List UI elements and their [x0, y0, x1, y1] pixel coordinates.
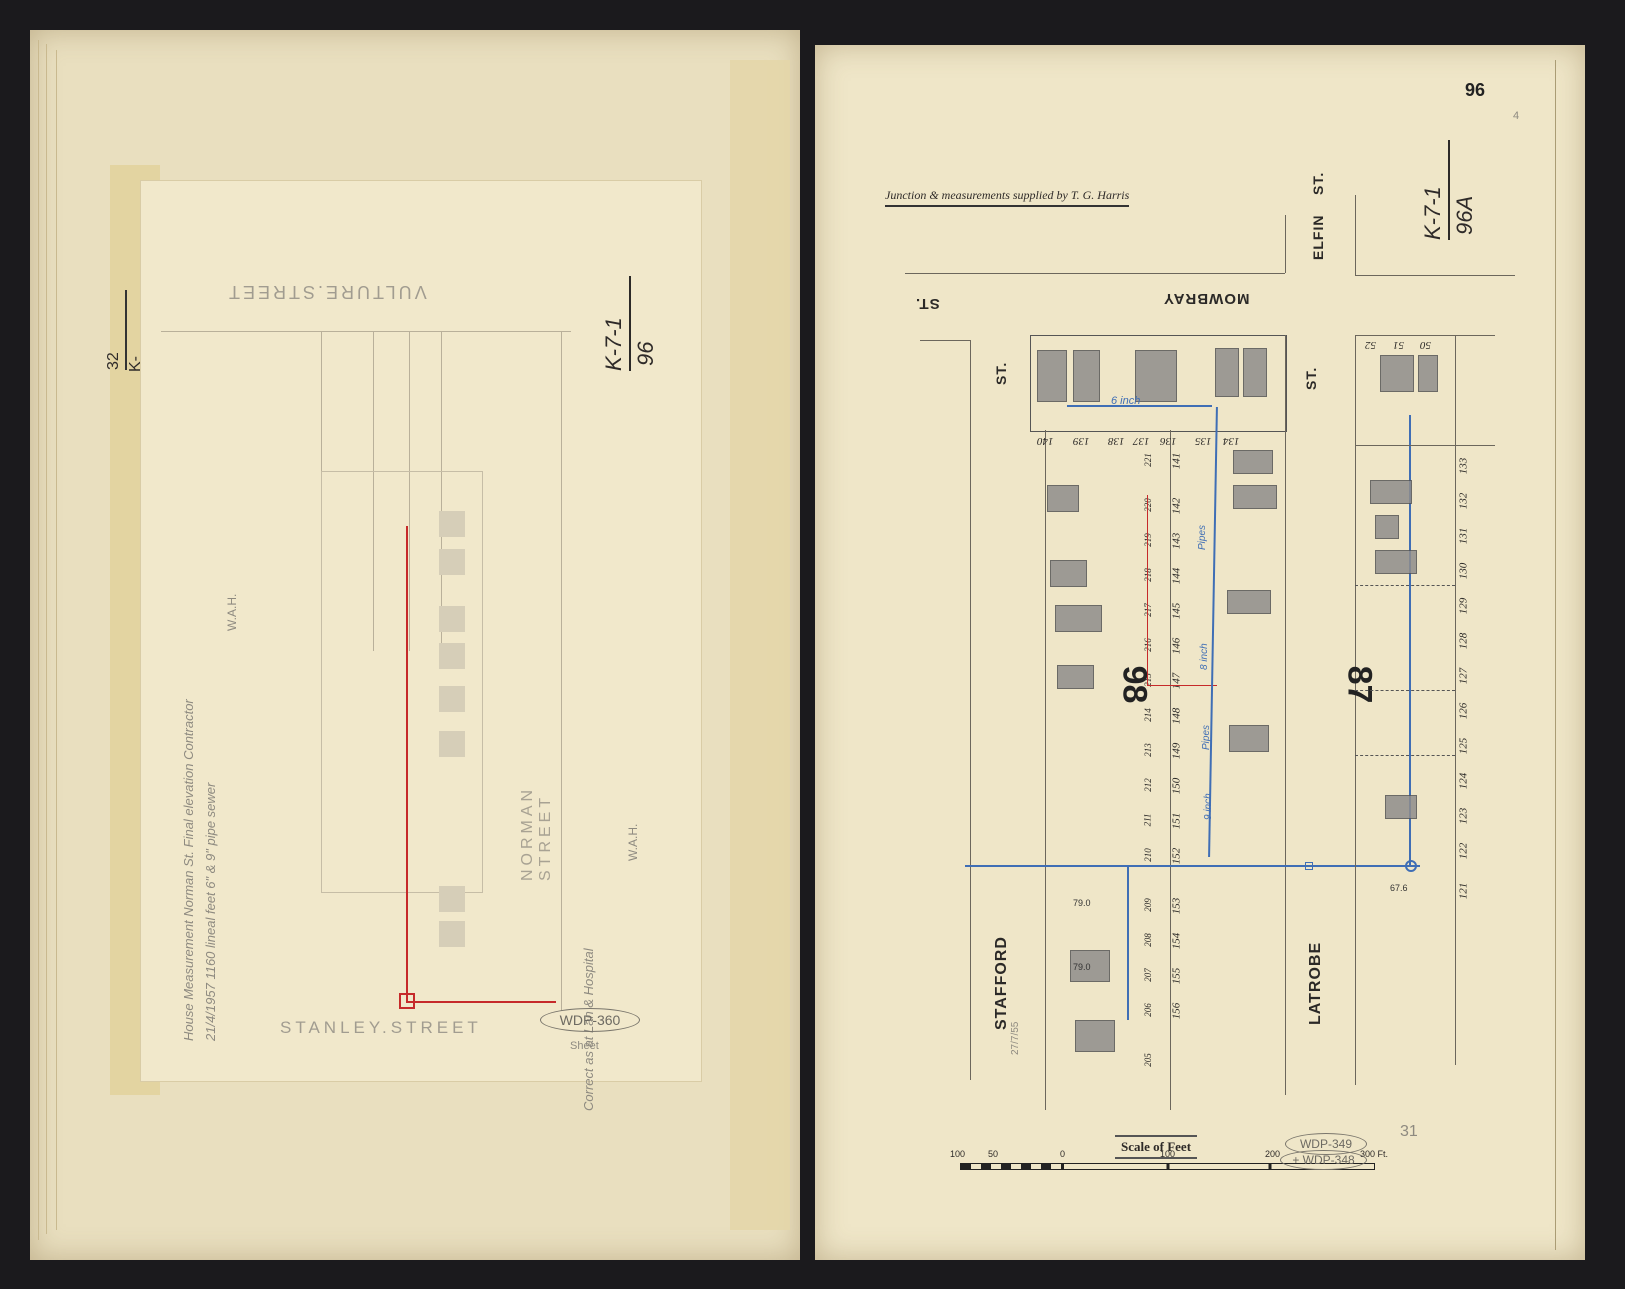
building [1233, 485, 1277, 509]
lot-column-b: 141 142 143 144 145 146 147 148 149 150 … [1170, 445, 1200, 1085]
page-mark: 4 [1513, 110, 1519, 122]
building [1037, 350, 1067, 402]
lot-number: 50 [1420, 339, 1431, 351]
lot-number: 209 [1143, 898, 1153, 912]
building [1075, 1020, 1115, 1052]
lot-number: 130 [1457, 563, 1469, 580]
lot-number: 134 [1223, 435, 1240, 447]
building [1229, 725, 1269, 752]
street-label-stanley: STANLEY.STREET [280, 1018, 482, 1038]
sewer-line [965, 865, 1420, 867]
map-ref-top: K-7-1 [601, 317, 627, 371]
page-stack-edge [56, 50, 57, 1230]
mowbray-label: MOWBRAY [1163, 290, 1249, 307]
lot-number: 213 [1143, 743, 1153, 757]
building [1047, 485, 1079, 512]
lot-number: 126 [1457, 703, 1469, 720]
manhole-icon [1405, 860, 1417, 872]
building [439, 549, 465, 575]
scale-tick: 0 [1060, 1149, 1065, 1159]
street-line [1355, 195, 1356, 275]
street-line [905, 273, 1285, 274]
lot-number: 156 [1170, 1003, 1182, 1020]
margin-note: House Measurement Norman St. Final eleva… [181, 441, 196, 1041]
sewer-line [406, 1001, 556, 1003]
street-label-stafford: STAFFORD [993, 936, 1011, 1030]
header-note: Junction & measurements supplied by T. G… [885, 188, 1129, 207]
street-line [970, 340, 971, 1080]
left-page: 32 K-1-1 VULTURE.STREET K-7-1 96 [30, 30, 800, 1260]
lot-line [1045, 430, 1046, 1110]
lot-number: 152 [1170, 848, 1182, 865]
junction-marker-icon [399, 993, 415, 1009]
lot-number: 150 [1170, 778, 1182, 795]
street-label-norman: NORMAN STREET [519, 699, 555, 881]
building [1418, 355, 1438, 392]
block-number: 87 [1339, 666, 1378, 704]
lot-number: 154 [1170, 933, 1182, 950]
sheet-note: Sheet [570, 1040, 599, 1052]
pasted-sewer-sheet: VULTURE.STREET K-7-1 96 House Measuremen… [140, 180, 702, 1082]
building [439, 511, 465, 537]
lot-number: 147 [1170, 673, 1182, 690]
lot-number: 211 [1142, 814, 1152, 827]
street-line [161, 331, 571, 332]
drawing-ref-oval: WDP-360 [540, 1008, 640, 1032]
initials: W.A.H. [225, 594, 239, 631]
lot-number: 52 [1365, 339, 1376, 351]
lot-number: 206 [1143, 1003, 1153, 1017]
lot-number: 139 [1073, 435, 1090, 447]
lot-number: 142 [1170, 498, 1182, 515]
sewer-line [1147, 495, 1148, 685]
lot-number: 210 [1143, 848, 1153, 862]
building [1370, 480, 1412, 504]
street-label-vulture: VULTURE.STREET [226, 281, 427, 302]
lot-number: 207 [1143, 968, 1153, 982]
lot-number: 138 [1108, 435, 1125, 447]
lot-number: 132 [1457, 493, 1469, 510]
divider [629, 276, 631, 371]
lot-dashed-line [1355, 755, 1455, 756]
lot-dashed-line [1355, 585, 1455, 586]
measurement: 67.6 [1390, 883, 1408, 893]
scale-tick: 50 [988, 1149, 998, 1159]
building [1227, 590, 1271, 614]
sewer-line [1208, 407, 1218, 857]
street-line [1355, 275, 1515, 276]
divider [1448, 140, 1450, 240]
map-ref-bottom: 96A [1452, 196, 1478, 235]
building [439, 731, 465, 757]
pipe-label: 8 inch [1199, 643, 1210, 670]
initials: W.A.H. [626, 824, 640, 861]
page-stack-edge [46, 44, 47, 1234]
building [1375, 515, 1399, 539]
block-edge [1355, 335, 1495, 336]
building [1135, 350, 1177, 402]
building [439, 921, 465, 947]
street-suffix-stafford: ST. [993, 362, 1009, 385]
lot-number: 143 [1170, 533, 1182, 550]
pencil-note: 31 [1400, 1123, 1418, 1141]
lot-number: 128 [1457, 633, 1469, 650]
street-suffix-latrobe: ST. [1303, 367, 1319, 390]
building [1215, 348, 1239, 397]
building [1073, 350, 1100, 402]
lot-number: 140 [1037, 435, 1054, 447]
lot-number: 131 [1457, 528, 1469, 545]
building [439, 686, 465, 712]
lot-number: 148 [1170, 708, 1182, 725]
building [1057, 665, 1094, 689]
building [439, 606, 465, 632]
lot-number: 125 [1457, 738, 1469, 755]
lot-number: 127 [1457, 668, 1469, 685]
building [439, 886, 465, 912]
map-ref-top: K-7-1 [1420, 186, 1446, 240]
right-page: 96 4 Junction & measurements supplied by… [815, 45, 1585, 1260]
lot-number: 221 [1143, 453, 1153, 467]
lot-number: 151 [1170, 813, 1182, 830]
street-label-mowbray: MOWBRAY [1163, 290, 1249, 307]
street-label-elfin: ELFIN [1310, 215, 1326, 260]
lot-number: 212 [1143, 778, 1153, 792]
block-edge [1285, 335, 1286, 1095]
lot-number: 208 [1143, 933, 1153, 947]
sewer-line [1127, 865, 1129, 1020]
lot-number: 205 [1143, 1053, 1153, 1067]
building [1055, 605, 1102, 632]
lot-column-c: 133 132 131 130 129 128 127 126 125 124 … [1455, 445, 1485, 1065]
st-label: ST. [915, 295, 940, 312]
right-note: Correct as at Lan & Hospital [581, 811, 596, 1111]
lot-dashed-line [1355, 690, 1455, 691]
pipe-label: 9 inch [1203, 793, 1214, 820]
lot-number: 124 [1457, 773, 1469, 790]
page-stack-edge [38, 40, 39, 1240]
map-ref: K-7-1 96 [601, 271, 661, 381]
pipe-label: 6 inch [1111, 395, 1140, 407]
lot-number: 141 [1170, 453, 1182, 470]
margin-note: 21/4/1957 1160 lineal feet 6" & 9" pipe … [203, 441, 218, 1041]
lot-column-a: 221 220 219 218 217 216 215 214 213 212 … [1145, 445, 1170, 1095]
manhole-icon [1305, 862, 1313, 870]
page-number: 96 [1465, 80, 1485, 101]
building [1380, 355, 1414, 392]
lot-number: 214 [1143, 708, 1153, 722]
lot-number: 51 [1393, 339, 1404, 351]
lot-number: 133 [1457, 458, 1469, 475]
street-suffix-mowbray: ST. [915, 295, 940, 312]
lot-number: 129 [1457, 598, 1469, 615]
building [1375, 550, 1417, 574]
building [439, 643, 465, 669]
building [1233, 450, 1273, 474]
lot-number: 155 [1170, 968, 1182, 985]
block-edge [1355, 335, 1356, 1085]
measurement: 79.0 [1073, 898, 1091, 908]
date-note: 27/7/55 [1010, 1022, 1021, 1055]
side-ref-label: 32 K-1-1 [105, 280, 145, 380]
street-label-latrobe: LATROBE [1307, 942, 1325, 1025]
side-ref-top: 32 [105, 352, 123, 370]
lot-number: 146 [1170, 638, 1182, 655]
lot-number: 145 [1170, 603, 1182, 620]
lot-number: 122 [1457, 843, 1469, 860]
scale-tick: 100 [1160, 1149, 1175, 1159]
lot-number: 123 [1457, 808, 1469, 825]
lot-number: 149 [1170, 743, 1182, 760]
building [1050, 560, 1087, 587]
page-stack-edge [1555, 60, 1556, 1250]
lot-line [561, 331, 562, 1011]
lot-number: 153 [1170, 898, 1182, 915]
map-ref: K-7-1 96A [1420, 140, 1480, 250]
measurement: 79.0 [1073, 962, 1091, 972]
lot-number: 144 [1170, 568, 1182, 585]
building [1243, 348, 1267, 397]
tape-strip [730, 60, 790, 1230]
scale-checker [960, 1163, 1065, 1170]
sewer-line [1147, 685, 1217, 686]
street-line [1285, 215, 1286, 273]
drawing-ref-oval: + WDP-348 [1280, 1150, 1367, 1170]
lot-number: 121 [1457, 883, 1469, 900]
street-suffix-elfin: ST. [1310, 172, 1326, 195]
pipe-label: Pipes [1201, 725, 1212, 750]
scale-tick: 200 [1265, 1149, 1280, 1159]
street-line [920, 340, 970, 341]
map-ref-bottom: 96 [633, 342, 659, 366]
scale-tick: 100 [950, 1149, 965, 1159]
sewer-line [406, 526, 408, 1001]
building [1385, 795, 1417, 819]
pipe-label: Pipes [1197, 525, 1208, 550]
